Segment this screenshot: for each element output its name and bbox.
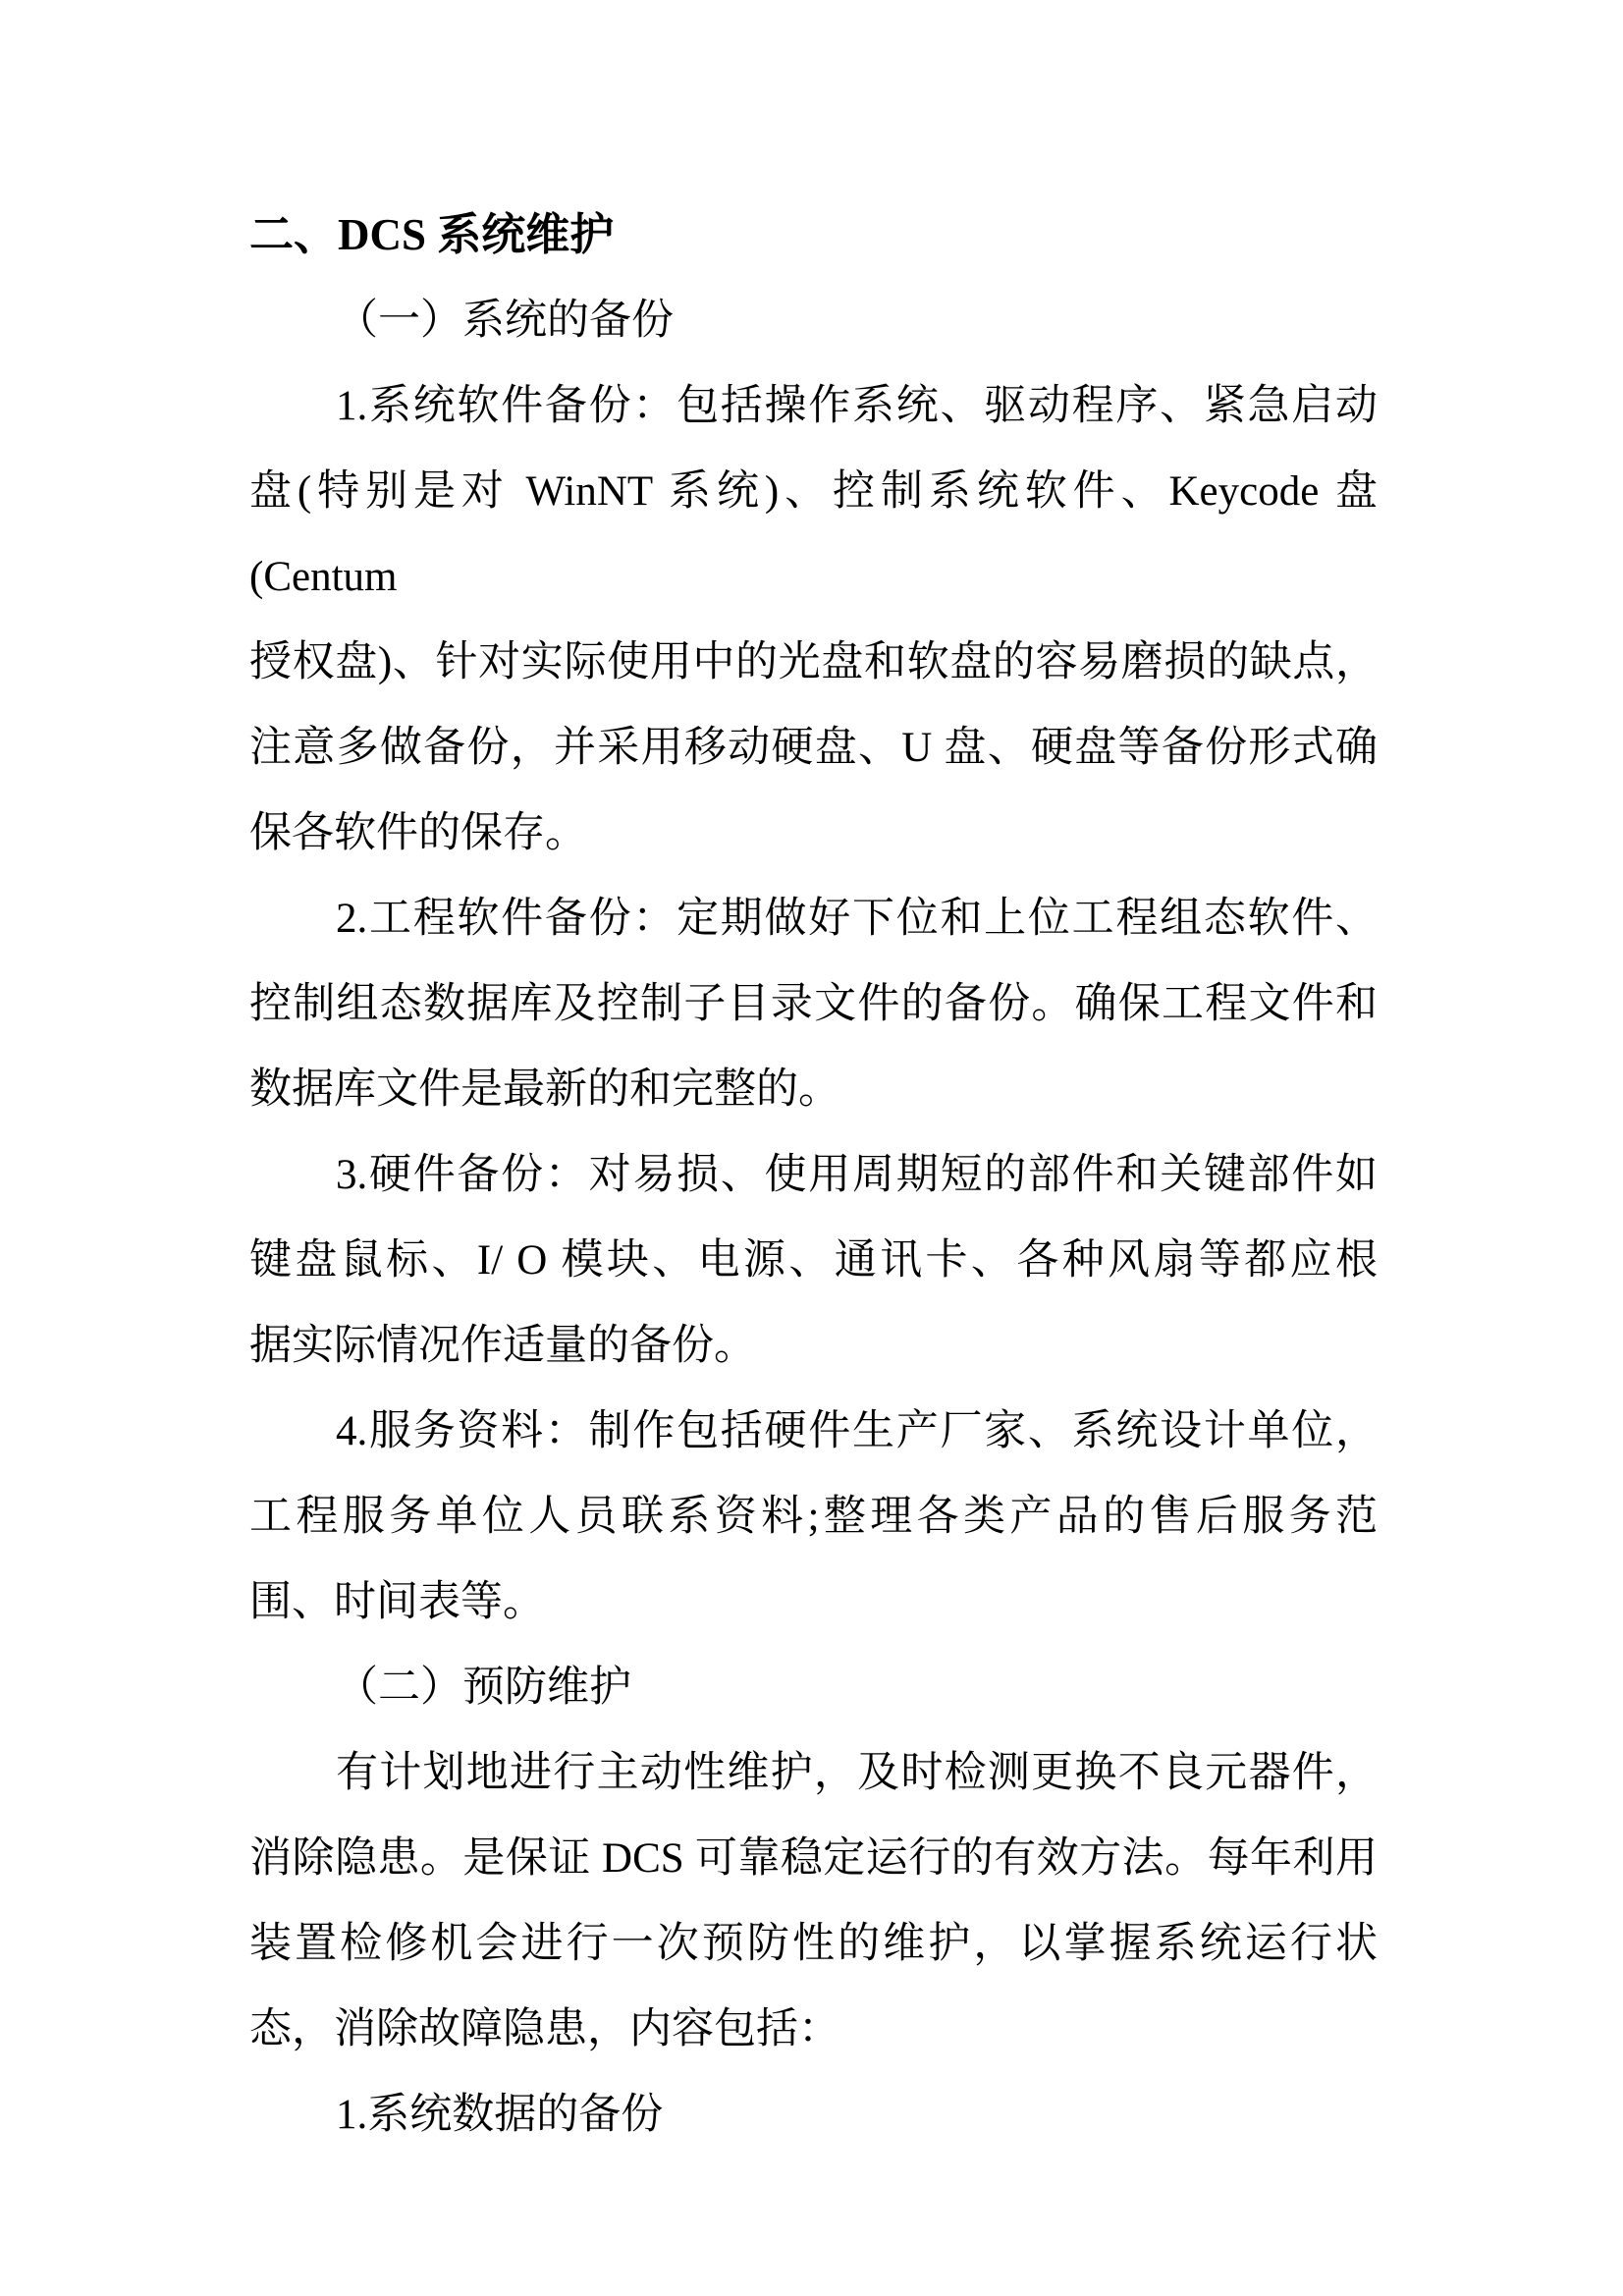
text-line: 保各软件的保存。 [249,791,1378,876]
text-line: 授权盘)、针对实际使用中的光盘和软盘的容易磨损的缺点， [249,620,1378,705]
section-heading-2: （二）预防维护 [249,1645,1378,1730]
text-line: 3.硬件备份：对易损、使用周期短的部件和关键部件如 [249,1132,1378,1218]
text-line: 控制组态数据库及控制子目录文件的备份。确保工程文件和 [249,961,1378,1047]
text-line: 2.工程软件备份：定期做好下位和上位工程组态软件、 [249,876,1378,961]
text-line: 态，消除故障隐患，内容包括： [249,1987,1378,2072]
text-line: 装置检修机会进行一次预防性的维护，以掌握系统运行状 [249,1901,1378,1987]
text-line: 4.服务资料：制作包括硬件生产厂家、系统设计单位， [249,1389,1378,1474]
document-body: 二、DCS 系统维护 （一）系统的备份 1.系统软件备份：包括操作系统、驱动程序… [249,192,1378,2158]
text-line: 盘(特别是对 WinNT 系统)、控制系统软件、Keycode 盘(Centum [249,449,1378,620]
text-line: 1.系统软件备份：包括操作系统、驱动程序、紧急启动 [249,363,1378,449]
text-line: 数据库文件是最新的和完整的。 [249,1047,1378,1132]
document-page: 二、DCS 系统维护 （一）系统的备份 1.系统软件备份：包括操作系统、驱动程序… [0,0,1623,2296]
text-line: 注意多做备份，并采用移动硬盘、U 盘、硬盘等备份形式确 [249,705,1378,791]
text-line: 围、时间表等。 [249,1559,1378,1645]
section-heading-1: （一）系统的备份 [249,278,1378,363]
text-line: 1.系统数据的备份 [249,2072,1378,2158]
text-line: 键盘鼠标、I/ O 模块、电源、通讯卡、各种风扇等都应根 [249,1218,1378,1303]
text-line: 工程服务单位人员联系资料;整理各类产品的售后服务范 [249,1474,1378,1559]
text-line: 据实际情况作适量的备份。 [249,1303,1378,1389]
text-line: 有计划地进行主动性维护，及时检测更换不良元器件， [249,1730,1378,1816]
doc-title: 二、DCS 系统维护 [249,192,1378,278]
text-line: 消除隐患。是保证 DCS 可靠稳定运行的有效方法。每年利用 [249,1816,1378,1901]
